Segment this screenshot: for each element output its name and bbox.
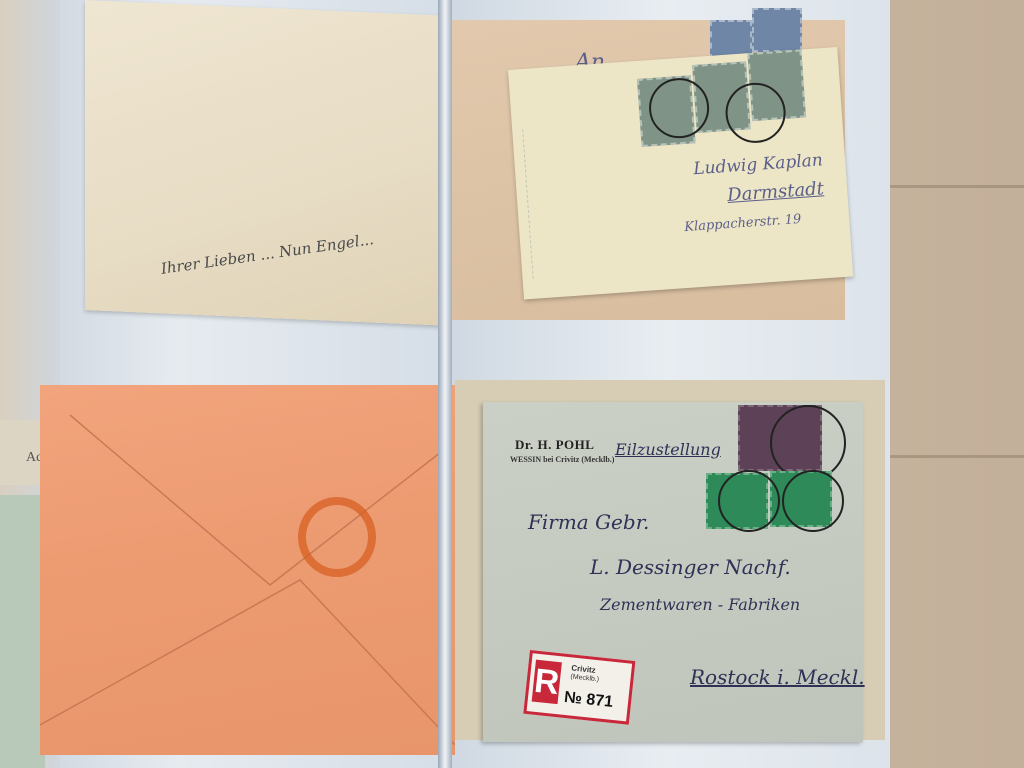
addressee: Ludwig Kaplan (693, 150, 824, 179)
addressee-city: Darmstadt (727, 178, 825, 206)
cardboard-seam (870, 455, 1024, 458)
recipient-city: Rostock i. Meckl. (690, 665, 865, 689)
orange-envelope (40, 385, 455, 755)
postmark-icon (782, 470, 844, 532)
stamp-album: Ad Ihrer Lieben ... Nun Engel... An Ludw… (0, 0, 890, 768)
addressee-street: Klappacherstr. 19 (684, 212, 802, 235)
recipient-line3: Zementwaren - Fabriken (600, 595, 800, 614)
delivery-note: Eilzustellung (615, 440, 721, 459)
registration-number: № 871 (563, 689, 614, 712)
registration-letter: R (532, 660, 562, 704)
registration-label: R Crivitz (Mecklb.) № 871 (523, 650, 635, 725)
partial-green-card (0, 495, 45, 768)
recipient-line1: Firma Gebr. (528, 510, 649, 534)
message-area (522, 121, 643, 278)
sender-name: Dr. H. POHL (515, 437, 594, 453)
album-spine (438, 0, 452, 768)
sender-address: WESSIN bei Crivitz (Mecklb.) (510, 455, 614, 464)
wax-seal-icon (298, 497, 376, 577)
cream-envelope (85, 0, 445, 326)
recipient-line2: L. Dessinger Nachf. (590, 555, 791, 579)
postmark-icon (718, 470, 780, 532)
stamp-icon (752, 8, 802, 52)
postcard: Ludwig Kaplan Darmstadt Klappacherstr. 1… (508, 47, 853, 299)
